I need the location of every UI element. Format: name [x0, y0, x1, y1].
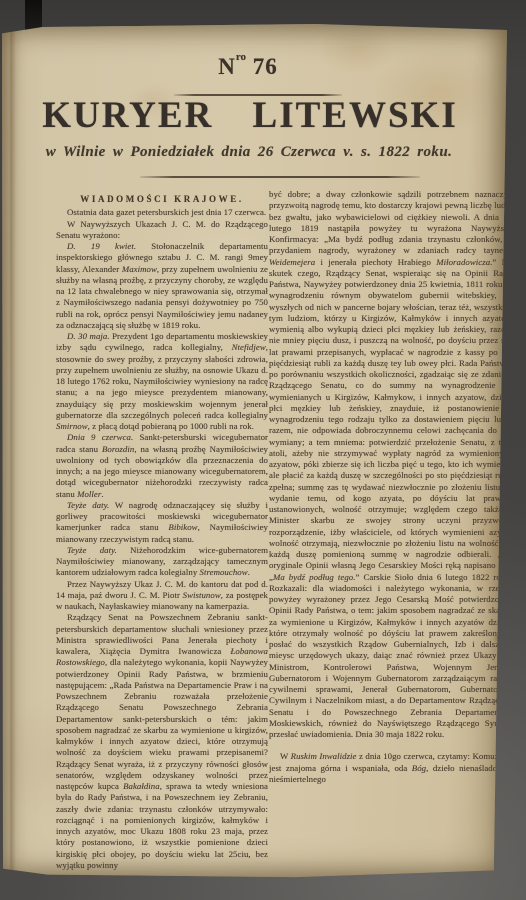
column-right: być dobre; a dway członkowie sądzili pot… [269, 189, 512, 879]
issue-value: 76 [253, 54, 278, 79]
paragraph: W Naywyższych Ukazach J. C. M. do Rządzą… [56, 219, 268, 242]
paragraph: Teyże daty. W nagrodę odznaczającey się … [56, 500, 268, 545]
issue-prefix: N [218, 54, 236, 79]
issue-superscript: ro [236, 51, 246, 63]
newspaper-title: KURYER LITEWSKI [2, 94, 498, 137]
column-left-text: Ostatnia data gazet petersburskich jest … [56, 207, 268, 871]
paragraph: D. 19 kwiet. Stołonaczelnik departamentu… [56, 241, 268, 331]
newspaper-page: Nro 76 KURYER LITEWSKI w Wilnie w Ponied… [2, 24, 508, 878]
paragraph: Dnia 9 czerwca. Sankt-petersburski wiceg… [56, 432, 268, 500]
dateline: w Wilnie w Poniedziałek dnia 26 Czerwca … [2, 144, 496, 161]
paragraph: być dobre; a dway członkowie sądzili pot… [269, 189, 512, 740]
issue-number: Nro 76 [2, 51, 494, 80]
paragraph: Rządzący Senat na Powszechnem Zebraniu s… [56, 612, 268, 871]
paragraph: Teyże daty. Niżehorodzkim wice-gubernato… [56, 545, 268, 579]
scan-background: Nro 76 KURYER LITEWSKI w Wilnie w Ponied… [0, 0, 526, 900]
paragraph: W Ruskim Inwalidzie z dnia 10go czerwca,… [269, 751, 512, 785]
rule-divider-bottom [140, 176, 420, 178]
section-heading: WIADOMOŚCI KRAJOWE. [56, 194, 268, 205]
paragraph: Przez Naywyższy Ukaz J. C. M. do kantoru… [56, 579, 268, 613]
column-right-text: być dobre; a dway członkowie sądzili pot… [269, 189, 512, 785]
column-left: WIADOMOŚCI KRAJOWE. Ostatnia data gazet … [56, 194, 268, 878]
paragraph: D. 30 maja. Prezydent 1go departamentu m… [56, 331, 268, 432]
paragraph: Ostatnia data gazet petersburskich jest … [56, 207, 268, 218]
